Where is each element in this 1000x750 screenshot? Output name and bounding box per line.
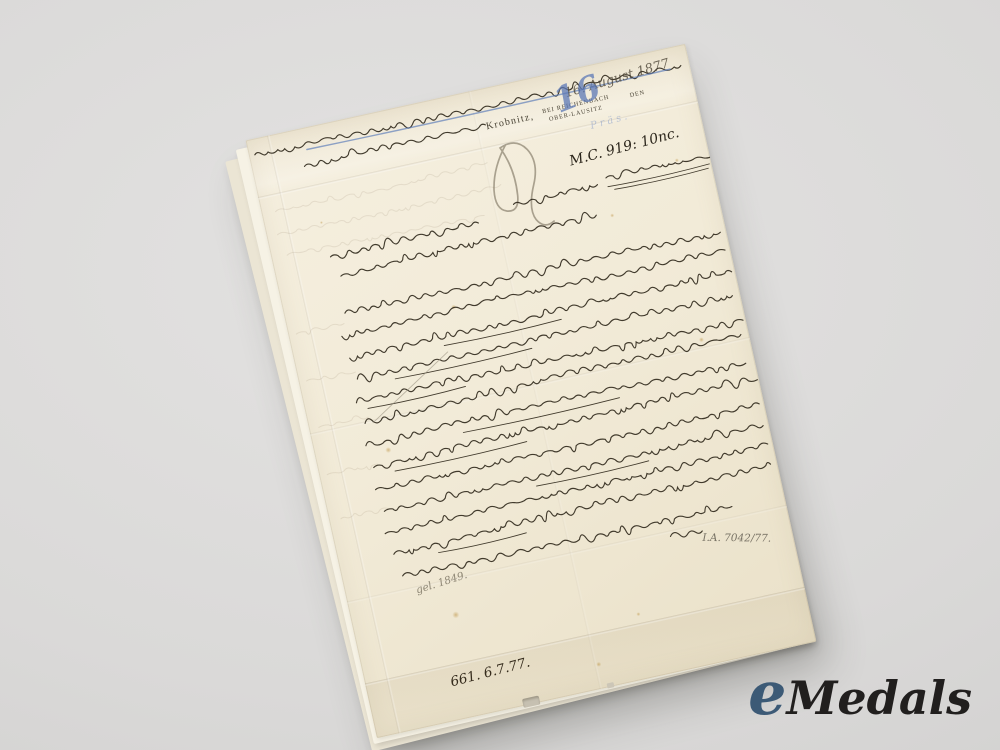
handwritten-line: [356, 291, 734, 384]
handwritten-line: [536, 461, 649, 487]
handwritten-line: [368, 386, 466, 409]
handwritten-line: [275, 161, 489, 215]
handwritten-line: [363, 332, 742, 426]
handwritten-line: [372, 373, 759, 471]
handwritten-line: [608, 164, 710, 188]
emedals-e: e: [748, 659, 784, 729]
handwritten-line: [383, 420, 765, 514]
handwritten-line: [355, 313, 744, 409]
emedals-watermark: eMedals: [748, 664, 972, 724]
handwritten-line: [327, 462, 378, 479]
handwritten-line: [287, 211, 485, 263]
handwritten-line: [670, 527, 703, 540]
letter-page: Krobnitz, BEI REICHENBACH OBER-LAUSITZ D…: [246, 44, 817, 738]
handwritten-line: [348, 267, 733, 362]
file-number-note: I.A. 7042/77.: [702, 532, 771, 545]
handwritten-line: [444, 319, 562, 346]
handwritten-line: [364, 355, 746, 450]
handwritten-line: [384, 442, 770, 535]
emedals-text: Medals: [786, 671, 972, 725]
pencil-monogram: [484, 138, 554, 235]
handwritten-line: [296, 322, 345, 337]
handwriting-svg: [246, 44, 817, 738]
handwritten-line: [438, 533, 526, 554]
handwritten-line: [341, 506, 389, 521]
handwritten-line: [615, 168, 709, 190]
handwritten-line: [513, 183, 599, 209]
handwritten-line: [306, 369, 355, 384]
handwritten-line: [277, 184, 502, 239]
handwritten-line: [395, 442, 527, 472]
handwritten-line: [375, 402, 761, 495]
photo-background: Krobnitz, BEI REICHENBACH OBER-LAUSITZ D…: [0, 0, 1000, 750]
handwritten-line: [318, 413, 368, 429]
